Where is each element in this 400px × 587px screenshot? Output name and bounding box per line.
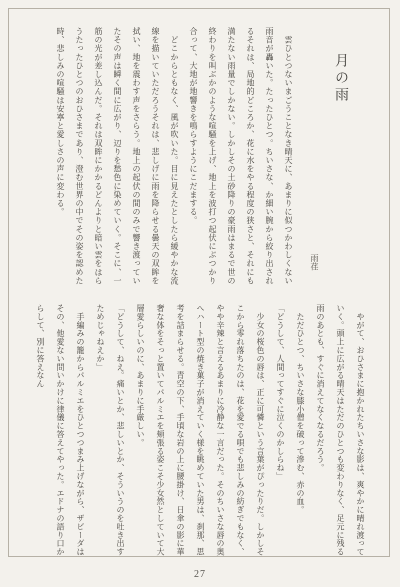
body-paragraph: 雲ひとつないまごうことなき晴天に、あまりに似つかわしくない雨音が轟いた。たったひ… [184,27,298,293]
body-paragraph: どこからともなく、風が吹いた。目に見えたとしたら緩やかな流線を描いていただろうそ… [51,27,184,293]
dialogue-paragraph: 「どうして、人間ってすぐに泣くのかしらね」 [270,304,290,557]
body-paragraph: ただひとつ、ちいさな膝小僧を破って滲む、赤の血。 [290,304,310,557]
body-paragraph: 少女の桜色の唇は、正に可憐という言葉がぴったりだ。しかしそこから零れ落ちたのは、… [130,304,270,557]
body-paragraph: 手編みの籠からパルミエをひとつつまみ上げながら、ザビーダはその、他愛ない問いかけ… [30,304,90,557]
page-number: 27 [0,569,400,580]
body-paragraph: やがて、おひさまに抱かれたちいさな影は、爽やかに晴れ渡っていく。頭上に広がる晴天… [310,304,370,557]
upper-text-band: 月の雨 雨荏 雲ひとつないまごうことなき晴天に、あまりに似つかわしくない雨音が轟… [46,27,352,293]
dialogue-paragraph: 「どうして、ねえ。痛いとか、悲しいとか、そういうのを吐き出すためじゃねえか」 [90,304,130,557]
page-title: 月の雨 [332,27,349,293]
author-name: 雨荏 [308,27,320,293]
lower-text-band: やがて、おひさまに抱かれたちいさな影は、爽やかに晴れ渡っていく。頭上に広がる晴天… [28,304,370,557]
